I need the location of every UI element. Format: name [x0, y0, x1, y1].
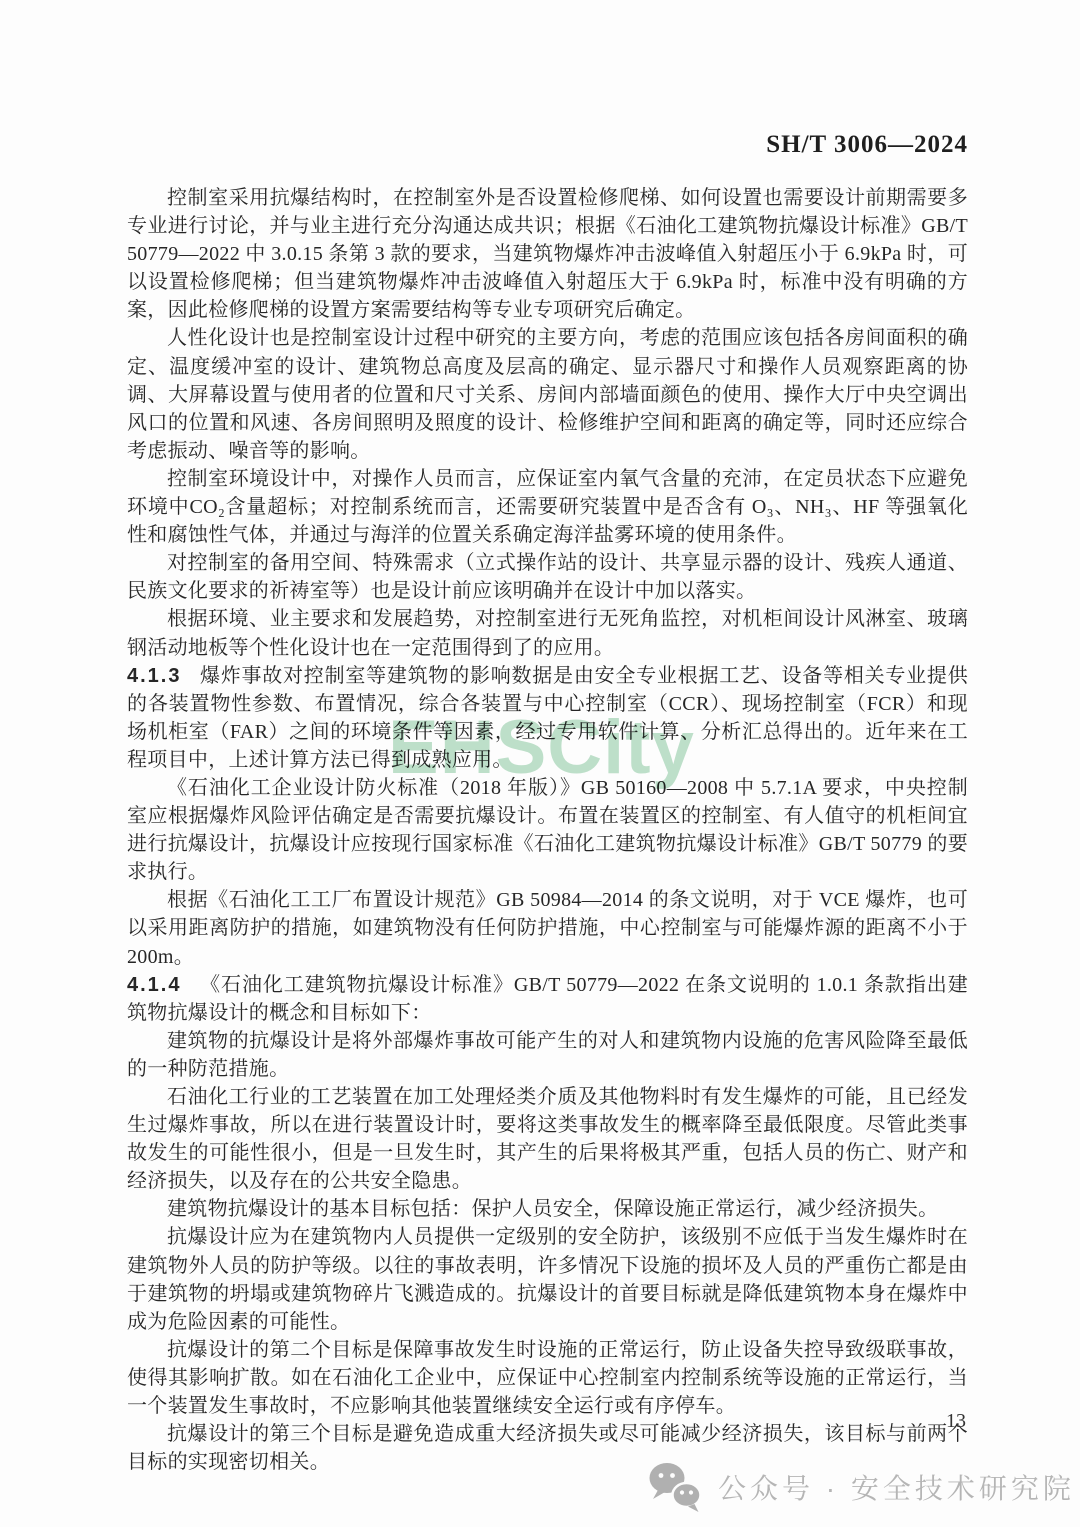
paragraph-text: 爆炸事故对控制室等建筑物的影响数据是由安全专业根据工艺、设备等相关专业提供的各装…	[127, 665, 968, 771]
clause-paragraph: 4.1.4《石油化工建筑物抗爆设计标准》GB/T 50779—2022 在条文说…	[127, 971, 968, 1027]
clause-number: 4.1.3	[127, 665, 181, 687]
document-page: SH/T 3006—2024 EHSCity 控制室采用抗爆结构时，在控制室外是…	[0, 0, 1080, 1527]
paragraph-text: 《石油化工建筑物抗爆设计标准》GB/T 50779—2022 在条文说明的 1.…	[127, 974, 968, 1024]
paragraph: 对控制室的备用空间、特殊需求（立式操作站的设计、共享显示器的设计、残疾人通道、民…	[127, 549, 968, 605]
paragraph-text: 抗爆设计的第二个目标是保障事故发生时设施的正常运行，防止设备失控导致级联事故，使…	[127, 1339, 968, 1417]
document-body: 控制室采用抗爆结构时，在控制室外是否设置检修爬梯、如何设置也需要设计前期需要多专…	[127, 184, 968, 1476]
paragraph-text: 抗爆设计的第三个目标是避免造成重大经济损失或尽可能减少经济损失，该目标与前两个目…	[127, 1423, 968, 1473]
paragraph: 根据《石油化工工厂布置设计规范》GB 50984—2014 的条文说明，对于 V…	[127, 886, 968, 970]
paragraph: 抗爆设计的第二个目标是保障事故发生时设施的正常运行，防止设备失控导致级联事故，使…	[127, 1336, 968, 1420]
paragraph-text: 《石油化工企业设计防火标准（2018 年版）》GB 50160—2008 中 5…	[127, 777, 968, 883]
paragraph: 建筑物抗爆设计的基本目标包括：保护人员安全，保障设施正常运行，减少经济损失。	[127, 1195, 968, 1223]
paragraph: 人性化设计也是控制室设计过程中研究的主要方向，考虑的范围应该包括各房间面积的确定…	[127, 324, 968, 464]
paragraph-text: 建筑物抗爆设计的基本目标包括：保护人员安全，保障设施正常运行，减少经济损失。	[167, 1198, 938, 1220]
paragraph-text: 石油化工行业的工艺装置在加工处理烃类介质及其他物料时有发生爆炸的可能，且已经发生…	[127, 1086, 968, 1192]
clause-paragraph: 4.1.3爆炸事故对控制室等建筑物的影响数据是由安全专业根据工艺、设备等相关专业…	[127, 662, 968, 774]
paragraph-text: 人性化设计也是控制室设计过程中研究的主要方向，考虑的范围应该包括各房间面积的确定…	[127, 327, 968, 461]
paragraph-text: 根据环境、业主要求和发展趋势，对控制室进行无死角监控，对机柜间设计风淋室、玻璃钢…	[127, 608, 968, 658]
paragraph-text: 抗爆设计应为在建筑物内人员提供一定级别的安全防护，该级别不应低于当发生爆炸时在建…	[127, 1226, 968, 1332]
paragraph-text: 控制室环境设计中，对操作人员而言，应保证室内氧气含量的充沛，在定员状态下应避免环…	[127, 468, 968, 546]
paragraph-text: 控制室采用抗爆结构时，在控制室外是否设置检修爬梯、如何设置也需要设计前期需要多专…	[127, 187, 968, 321]
paragraph-text: 根据《石油化工工厂布置设计规范》GB 50984—2014 的条文说明，对于 V…	[127, 889, 968, 967]
paragraph: 石油化工行业的工艺装置在加工处理烃类介质及其他物料时有发生爆炸的可能，且已经发生…	[127, 1083, 968, 1195]
standard-code-header: SH/T 3006—2024	[0, 131, 968, 159]
paragraph: 根据环境、业主要求和发展趋势，对控制室进行无死角监控，对机柜间设计风淋室、玻璃钢…	[127, 605, 968, 661]
paragraph-text: 对控制室的备用空间、特殊需求（立式操作站的设计、共享显示器的设计、残疾人通道、民…	[127, 552, 968, 602]
paragraph: 抗爆设计的第三个目标是避免造成重大经济损失或尽可能减少经济损失，该目标与前两个目…	[127, 1420, 968, 1476]
paragraph: 控制室采用抗爆结构时，在控制室外是否设置检修爬梯、如何设置也需要设计前期需要多专…	[127, 184, 968, 324]
paragraph: 建筑物的抗爆设计是将外部爆炸事故可能产生的对人和建筑物内设施的危害风险降至最低的…	[127, 1027, 968, 1083]
clause-number: 4.1.4	[127, 974, 181, 996]
paragraph-text: 建筑物的抗爆设计是将外部爆炸事故可能产生的对人和建筑物内设施的危害风险降至最低的…	[127, 1030, 968, 1080]
paragraph: 《石油化工企业设计防火标准（2018 年版）》GB 50160—2008 中 5…	[127, 774, 968, 886]
paragraph: 控制室环境设计中，对操作人员而言，应保证室内氧气含量的充沛，在定员状态下应避免环…	[127, 465, 968, 549]
paragraph: 抗爆设计应为在建筑物内人员提供一定级别的安全防护，该级别不应低于当发生爆炸时在建…	[127, 1223, 968, 1335]
